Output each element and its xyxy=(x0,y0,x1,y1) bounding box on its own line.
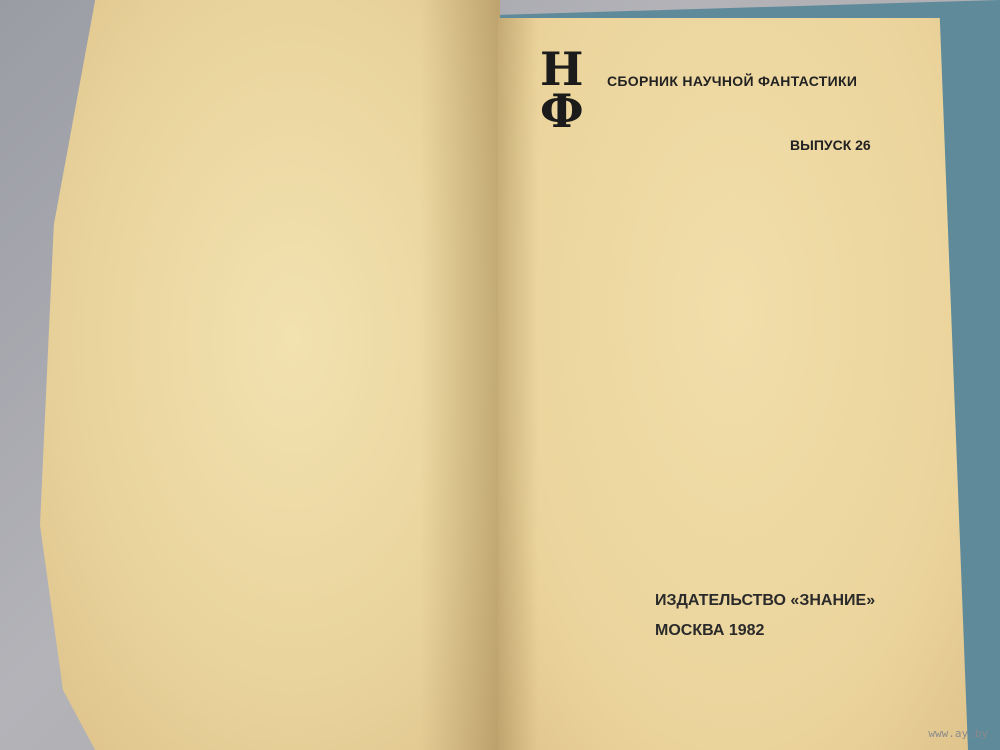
watermark: www.ay.by xyxy=(928,727,988,740)
nf-logo: Н Ф xyxy=(540,48,580,132)
issue-number: ВЫПУСК 26 xyxy=(790,137,871,153)
publisher: ИЗДАТЕЛЬСТВО «ЗНАНИЕ» xyxy=(655,592,875,610)
series-title: СБОРНИК НАУЧНОЙ ФАНТАСТИКИ xyxy=(607,73,857,89)
left-page xyxy=(40,0,500,750)
logo-letter-f: Ф xyxy=(540,90,580,132)
city-year: МОСКВА 1982 xyxy=(655,622,764,640)
